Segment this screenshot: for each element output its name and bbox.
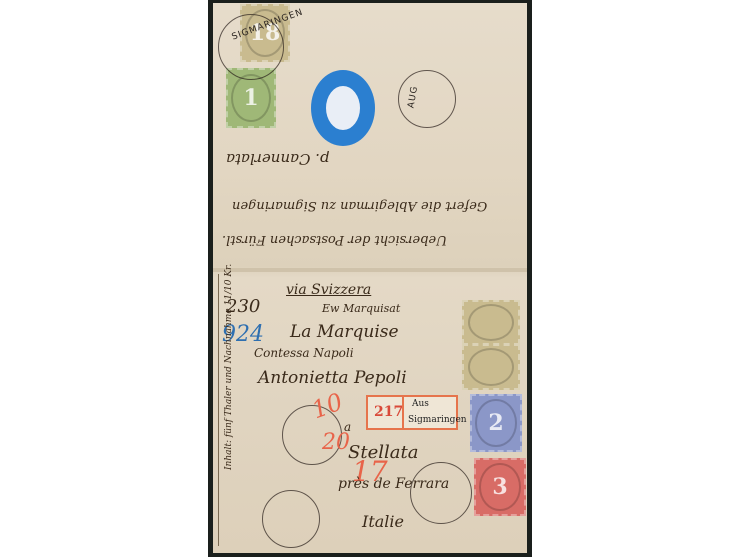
stamp-blue: 2 xyxy=(470,394,522,452)
handwriting-line: a xyxy=(344,420,351,434)
stamp-olive-pair-2 xyxy=(462,344,520,390)
destination-country: Italie xyxy=(362,512,404,531)
label-line1: Aus xyxy=(412,399,429,409)
addressee-line: Antonietta Pepoli xyxy=(258,368,407,388)
fold-line xyxy=(213,268,527,272)
handwriting-line: Gefert die Ablegirman zu Sigmaringen xyxy=(232,198,487,213)
addressee-line: Contessa Napoli xyxy=(254,346,354,360)
stamp-numeral: 2 xyxy=(475,399,516,446)
embossed-seal-icon xyxy=(311,70,375,146)
flap-edge xyxy=(218,274,219,546)
routing-note: via Svizzera xyxy=(286,282,371,298)
handwriting-line: Ew Marquisat xyxy=(322,302,400,315)
label-line2: Sigmaringen xyxy=(408,415,467,425)
stamp-numeral xyxy=(468,348,514,386)
stamp-numeral: 3 xyxy=(479,463,520,510)
crest-icon xyxy=(326,86,360,130)
addressee-line: La Marquise xyxy=(290,322,399,342)
postmark-circle xyxy=(262,490,320,548)
side-note: Inhalt: fünf Thaler und Nachnahme 11/10 … xyxy=(224,264,234,470)
registration-number: 217 xyxy=(374,404,403,420)
handwriting-line: p. Cannerlata xyxy=(226,150,330,168)
handwriting-line: Uebersicht der Postsachen Fürstl. xyxy=(222,232,447,247)
postmark-circle xyxy=(410,462,472,524)
stamp-numeral: 1 xyxy=(231,74,271,123)
registration-label: 217 Aus Sigmaringen xyxy=(366,395,458,430)
label-divider xyxy=(402,397,404,428)
stamp-olive-pair-1 xyxy=(462,300,520,345)
postmark-circle xyxy=(398,70,456,128)
stamp-numeral xyxy=(468,304,514,341)
destination-city: Stellata xyxy=(348,442,418,463)
stamp-red: 3 xyxy=(474,458,526,516)
